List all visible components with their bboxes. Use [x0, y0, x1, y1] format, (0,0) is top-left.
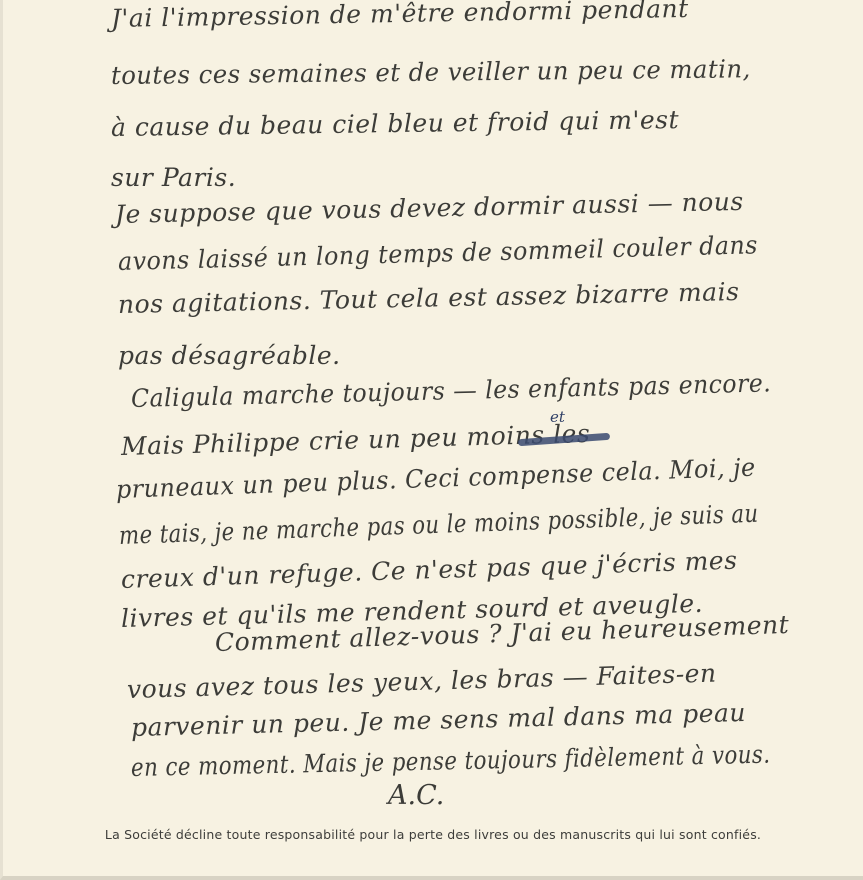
letter-line: me tais, je ne marche pas ou le moins po…	[118, 499, 758, 550]
letter-line: creux d'un refuge. Ce n'est pas que j'éc…	[121, 546, 738, 594]
letter-line: Je suppose que vous devez dormir aussi —…	[115, 187, 744, 229]
letter-line: à cause du beau ciel bleu et froid qui m…	[111, 105, 679, 142]
letter-line: sur Paris.	[111, 163, 236, 192]
letter-line: toutes ces semaines et de veiller un peu…	[111, 54, 751, 90]
letter-line: en ce moment. Mais je pense toujours fid…	[131, 740, 771, 782]
letter-page: J'ai l'impression de m'être endormi pend…	[0, 0, 863, 880]
letter-line: J'ai l'impression de m'être endormi pend…	[111, 0, 689, 33]
letter-line: pruneaux un peu plus. Ceci compense cela…	[115, 453, 756, 504]
letter-line: vous avez tous les yeux, les bras — Fait…	[127, 659, 717, 704]
letter-line: nos agitations. Tout cela est assez biza…	[118, 277, 740, 319]
inserted-correction: et	[550, 408, 565, 426]
footer-disclaimer: La Société décline toute responsabilité …	[3, 827, 863, 842]
letter-line: Caligula marche toujours — les enfants p…	[131, 368, 772, 413]
signature: A.C.	[388, 780, 444, 811]
letter-line: pas désagréable.	[118, 341, 341, 370]
letter-line: avons laissé un long temps de sommeil co…	[118, 230, 759, 276]
letter-line: parvenir un peu. Je me sens mal dans ma …	[131, 698, 747, 742]
